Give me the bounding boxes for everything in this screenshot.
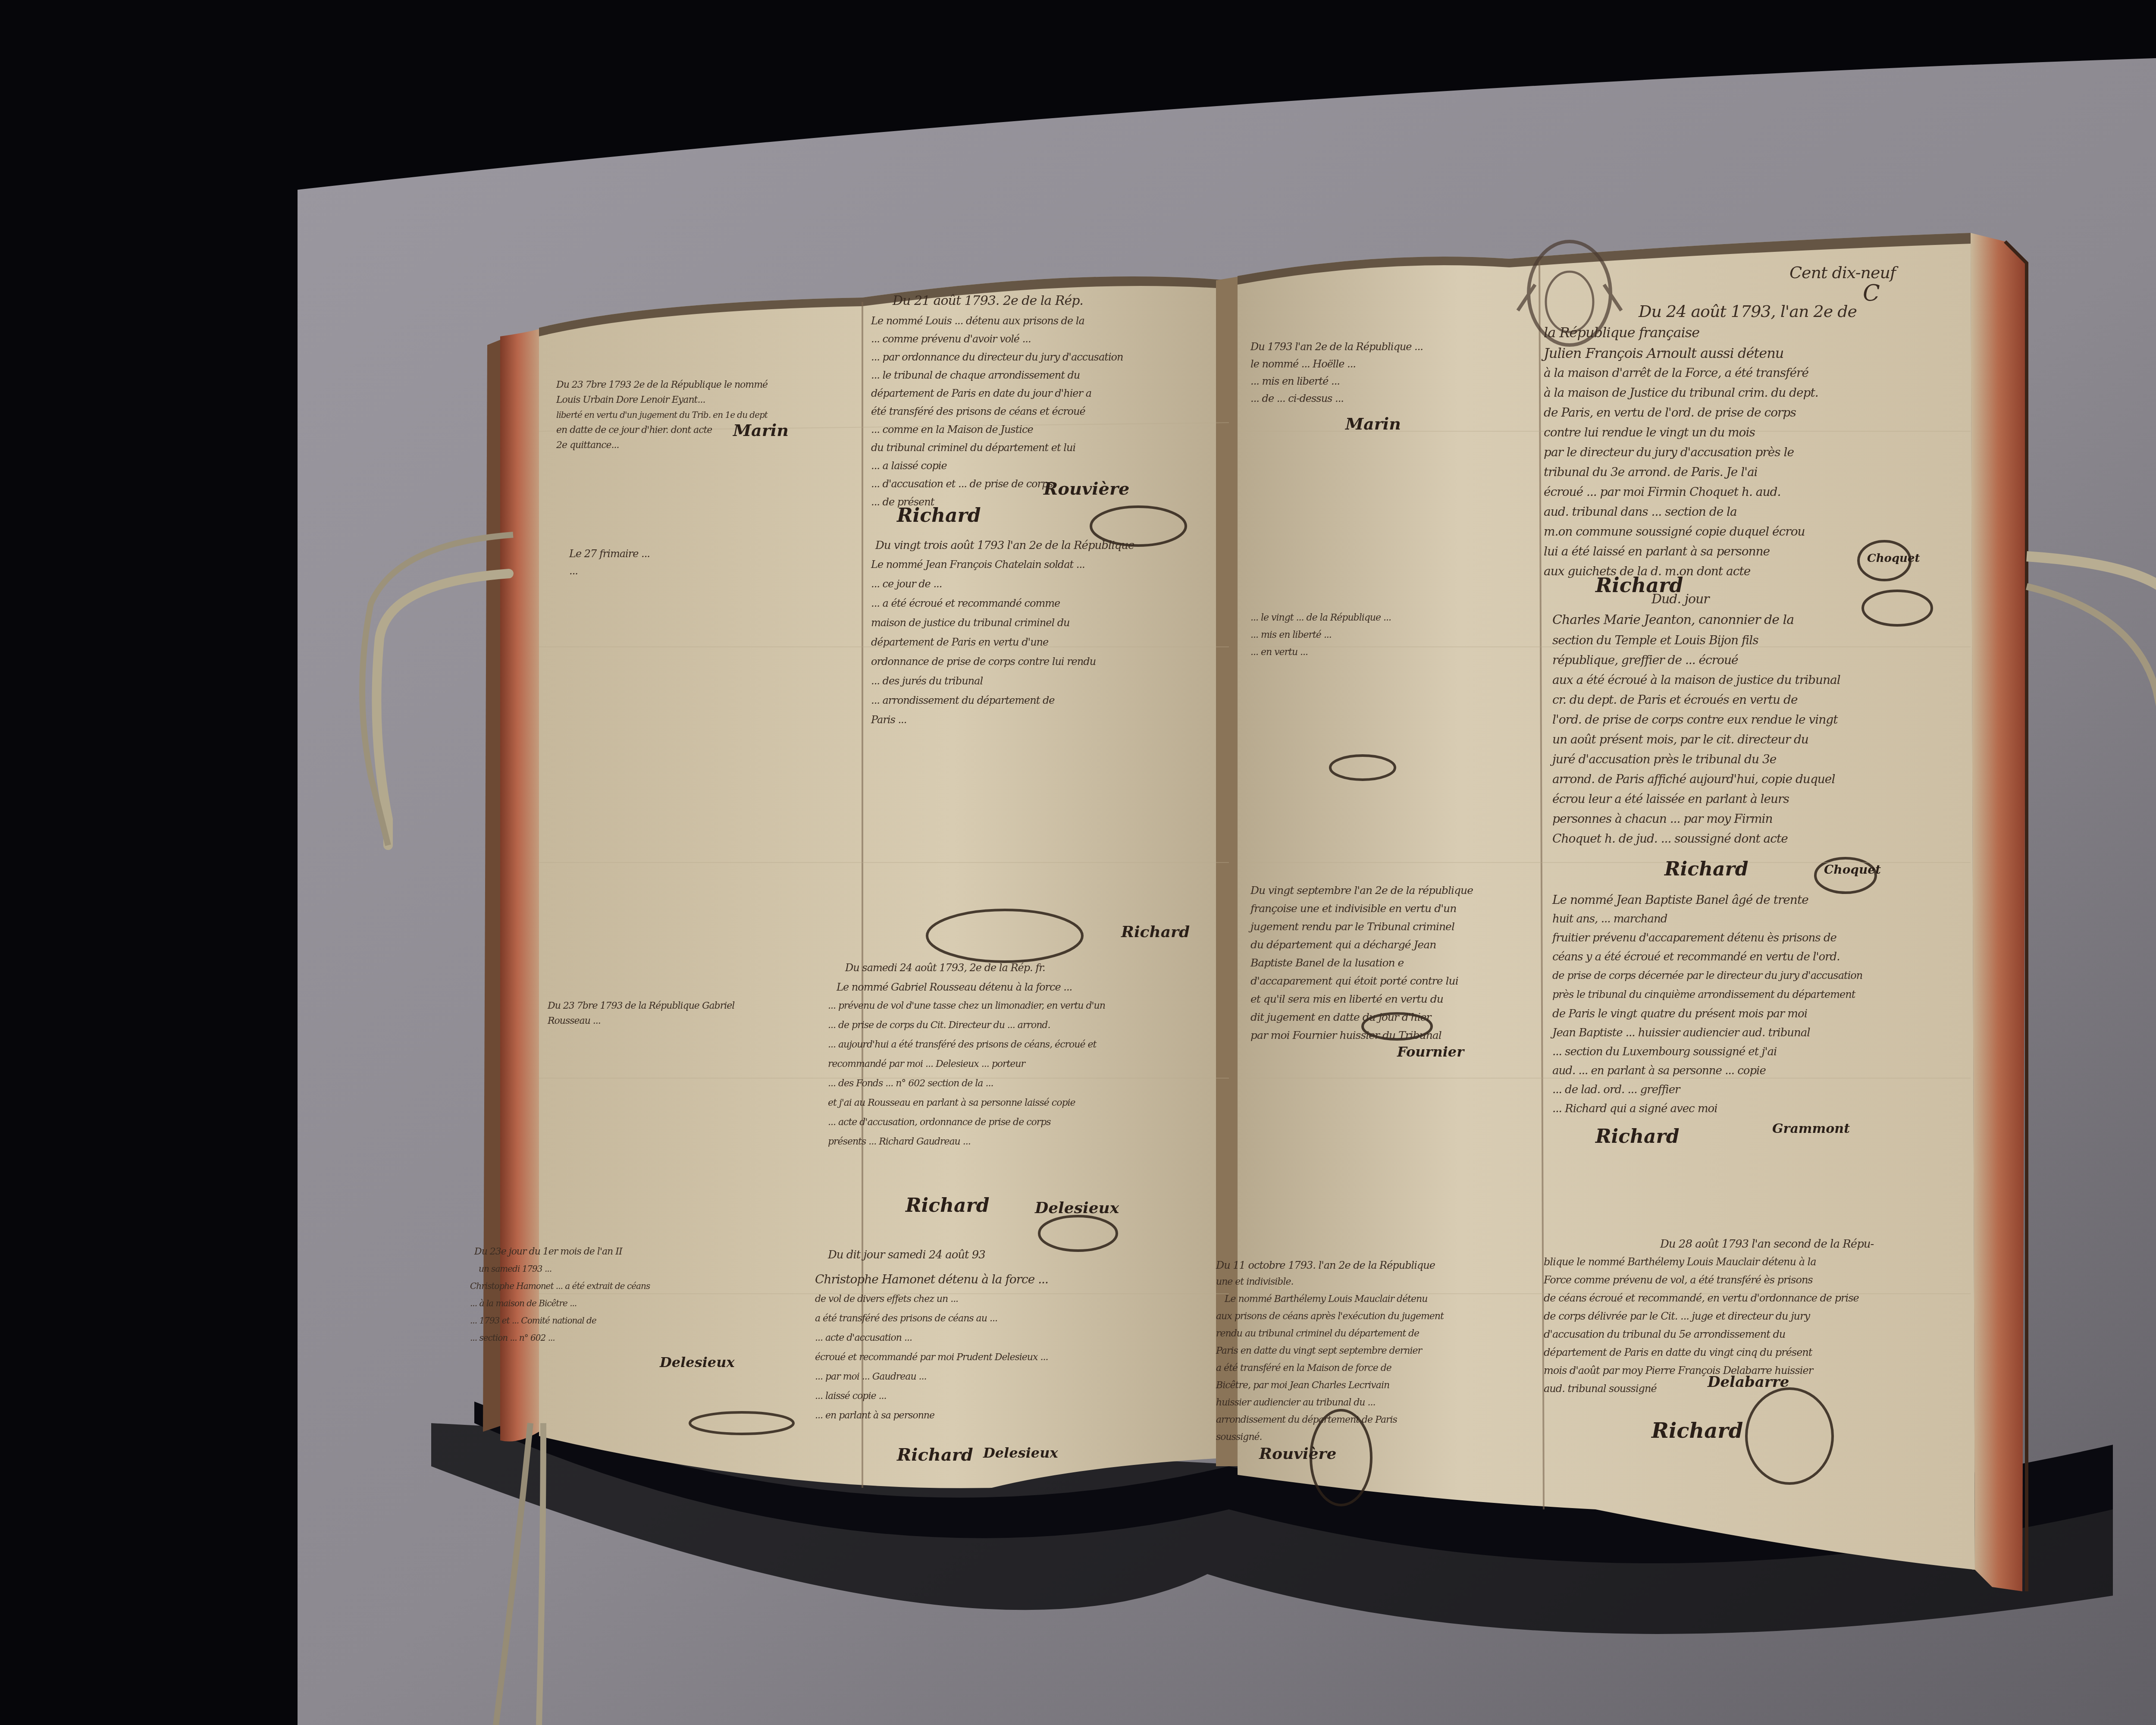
signature-choquet: Choquet [1867, 552, 1920, 565]
folio-header: Cent dix-neuf [1789, 263, 1896, 282]
right-fore-edge [1971, 233, 2027, 1591]
left-page [539, 276, 1229, 1488]
folio-letter: C [1863, 280, 1880, 306]
left-fore-edge [500, 328, 543, 1442]
